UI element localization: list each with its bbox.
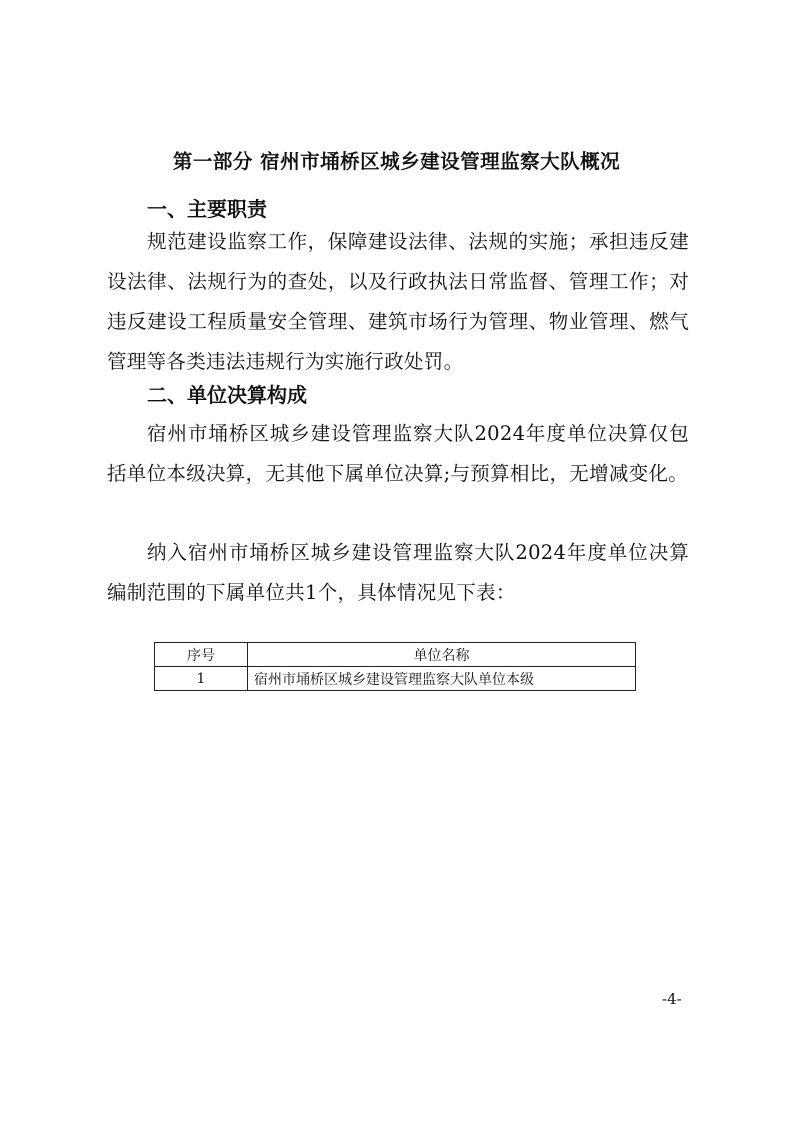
document-title: 第一部分 宿州市埇桥区城乡建设管理监察大队概况 [0,146,793,174]
cell-unit-name: 宿州市埇桥区城乡建设管理监察大队单位本级 [248,667,636,691]
duties-paragraph: 规范建设监察工作，保障建设法律、法规的实施；承担违反建设法律、法规行为的查处，以… [107,222,689,382]
composition-paragraph-2: 纳入宿州市埇桥区城乡建设管理监察大队2024年度单位决算编制范围的下属单位共1个… [107,533,689,613]
composition-paragraph-1: 宿州市埇桥区城乡建设管理监察大队2024年度单位决算仅包括单位本级决算，无其他下… [107,414,689,494]
units-table: 序号 单位名称 1 宿州市埇桥区城乡建设管理监察大队单位本级 [154,642,636,691]
table-header-row: 序号 单位名称 [155,643,636,667]
header-index: 序号 [155,643,248,667]
table-row: 1 宿州市埇桥区城乡建设管理监察大队单位本级 [155,667,636,691]
cell-index: 1 [155,667,248,691]
section-heading-duties: 一、主要职责 [147,193,267,222]
page-number: -4- [662,990,682,1008]
header-unit-name: 单位名称 [248,643,636,667]
section-heading-composition: 二、单位决算构成 [147,379,307,408]
